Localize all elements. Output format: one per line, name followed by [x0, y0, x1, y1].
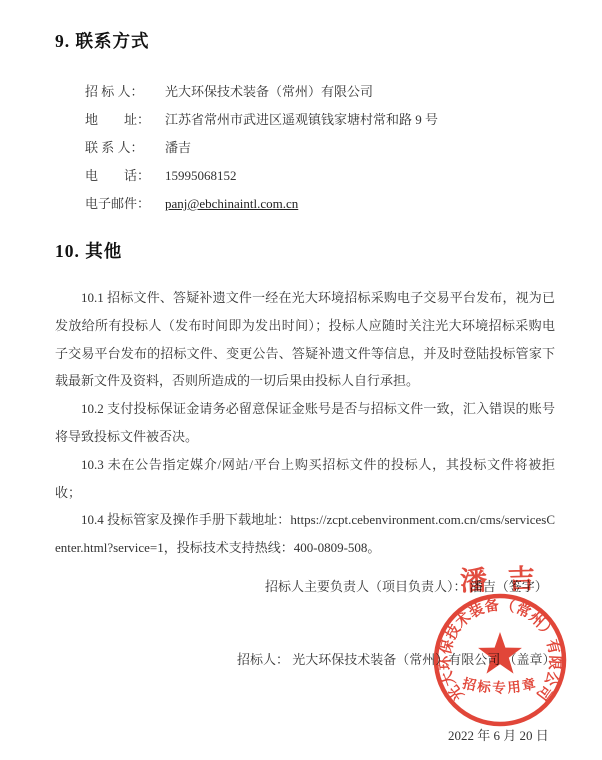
clause-10-2: 10.2 支付投标保证金请务必留意保证金账号是否与招标文件一致，汇入错误的账号将… [55, 395, 555, 451]
section-10-heading: 10. 其他 [55, 240, 555, 262]
contact-person-label: 联 系 人： [85, 134, 151, 162]
document-page: { "page": { "background": "#ffffff", "te… [0, 0, 602, 760]
phone-value: 15995068152 [165, 168, 237, 183]
company-seal: 光大环保技术装备（常州）有限公司 招标专用章 [418, 578, 582, 742]
contact-row-person: 联 系 人：潘吉 [85, 134, 555, 162]
phone-label: 电 话： [85, 162, 151, 190]
contact-info-block: 招 标 人：光大环保技术装备（常州）有限公司 地 址：江苏省常州市武进区遥观镇钱… [85, 78, 555, 218]
seal-inner-text: 招标专用章 [460, 675, 539, 696]
bidder-label: 招 标 人： [85, 78, 151, 106]
svg-text:招标专用章: 招标专用章 [460, 675, 539, 696]
email-link[interactable]: panj@ebchinaintl.com.cn [165, 196, 298, 211]
address-label: 地 址： [85, 106, 151, 134]
clause-10-1: 10.1 招标文件、答疑补遗文件一经在光大环境招标采购电子交易平台发布，视为已发… [55, 284, 555, 395]
section-9-heading: 9. 联系方式 [55, 30, 555, 52]
signature-area: 招标人主要负责人（项目负责人）： 潘吉（签字） 潘 吉 招标人： 光大环保技术装… [55, 520, 555, 760]
email-label: 电子邮件： [85, 190, 151, 218]
clause-10-3: 10.3 未在公告指定媒介/网站/平台上购买招标文件的投标人，其投标文件将被拒收… [55, 451, 555, 507]
document-date: 2022 年 6 月 20 日 [448, 725, 549, 744]
seal-star-icon [478, 632, 522, 674]
contact-person-value: 潘吉 [165, 140, 191, 155]
contact-row-address: 地 址：江苏省常州市武进区遥观镇钱家塘村常和路 9 号 [85, 106, 555, 134]
contact-row-phone: 电 话：15995068152 [85, 162, 555, 190]
bidder-value: 光大环保技术装备（常州）有限公司 [165, 84, 373, 99]
address-value: 江苏省常州市武进区遥观镇钱家塘村常和路 9 号 [165, 112, 438, 127]
contact-row-email: 电子邮件：panj@ebchinaintl.com.cn [85, 190, 555, 218]
contact-row-bidder: 招 标 人：光大环保技术装备（常州）有限公司 [85, 78, 555, 106]
